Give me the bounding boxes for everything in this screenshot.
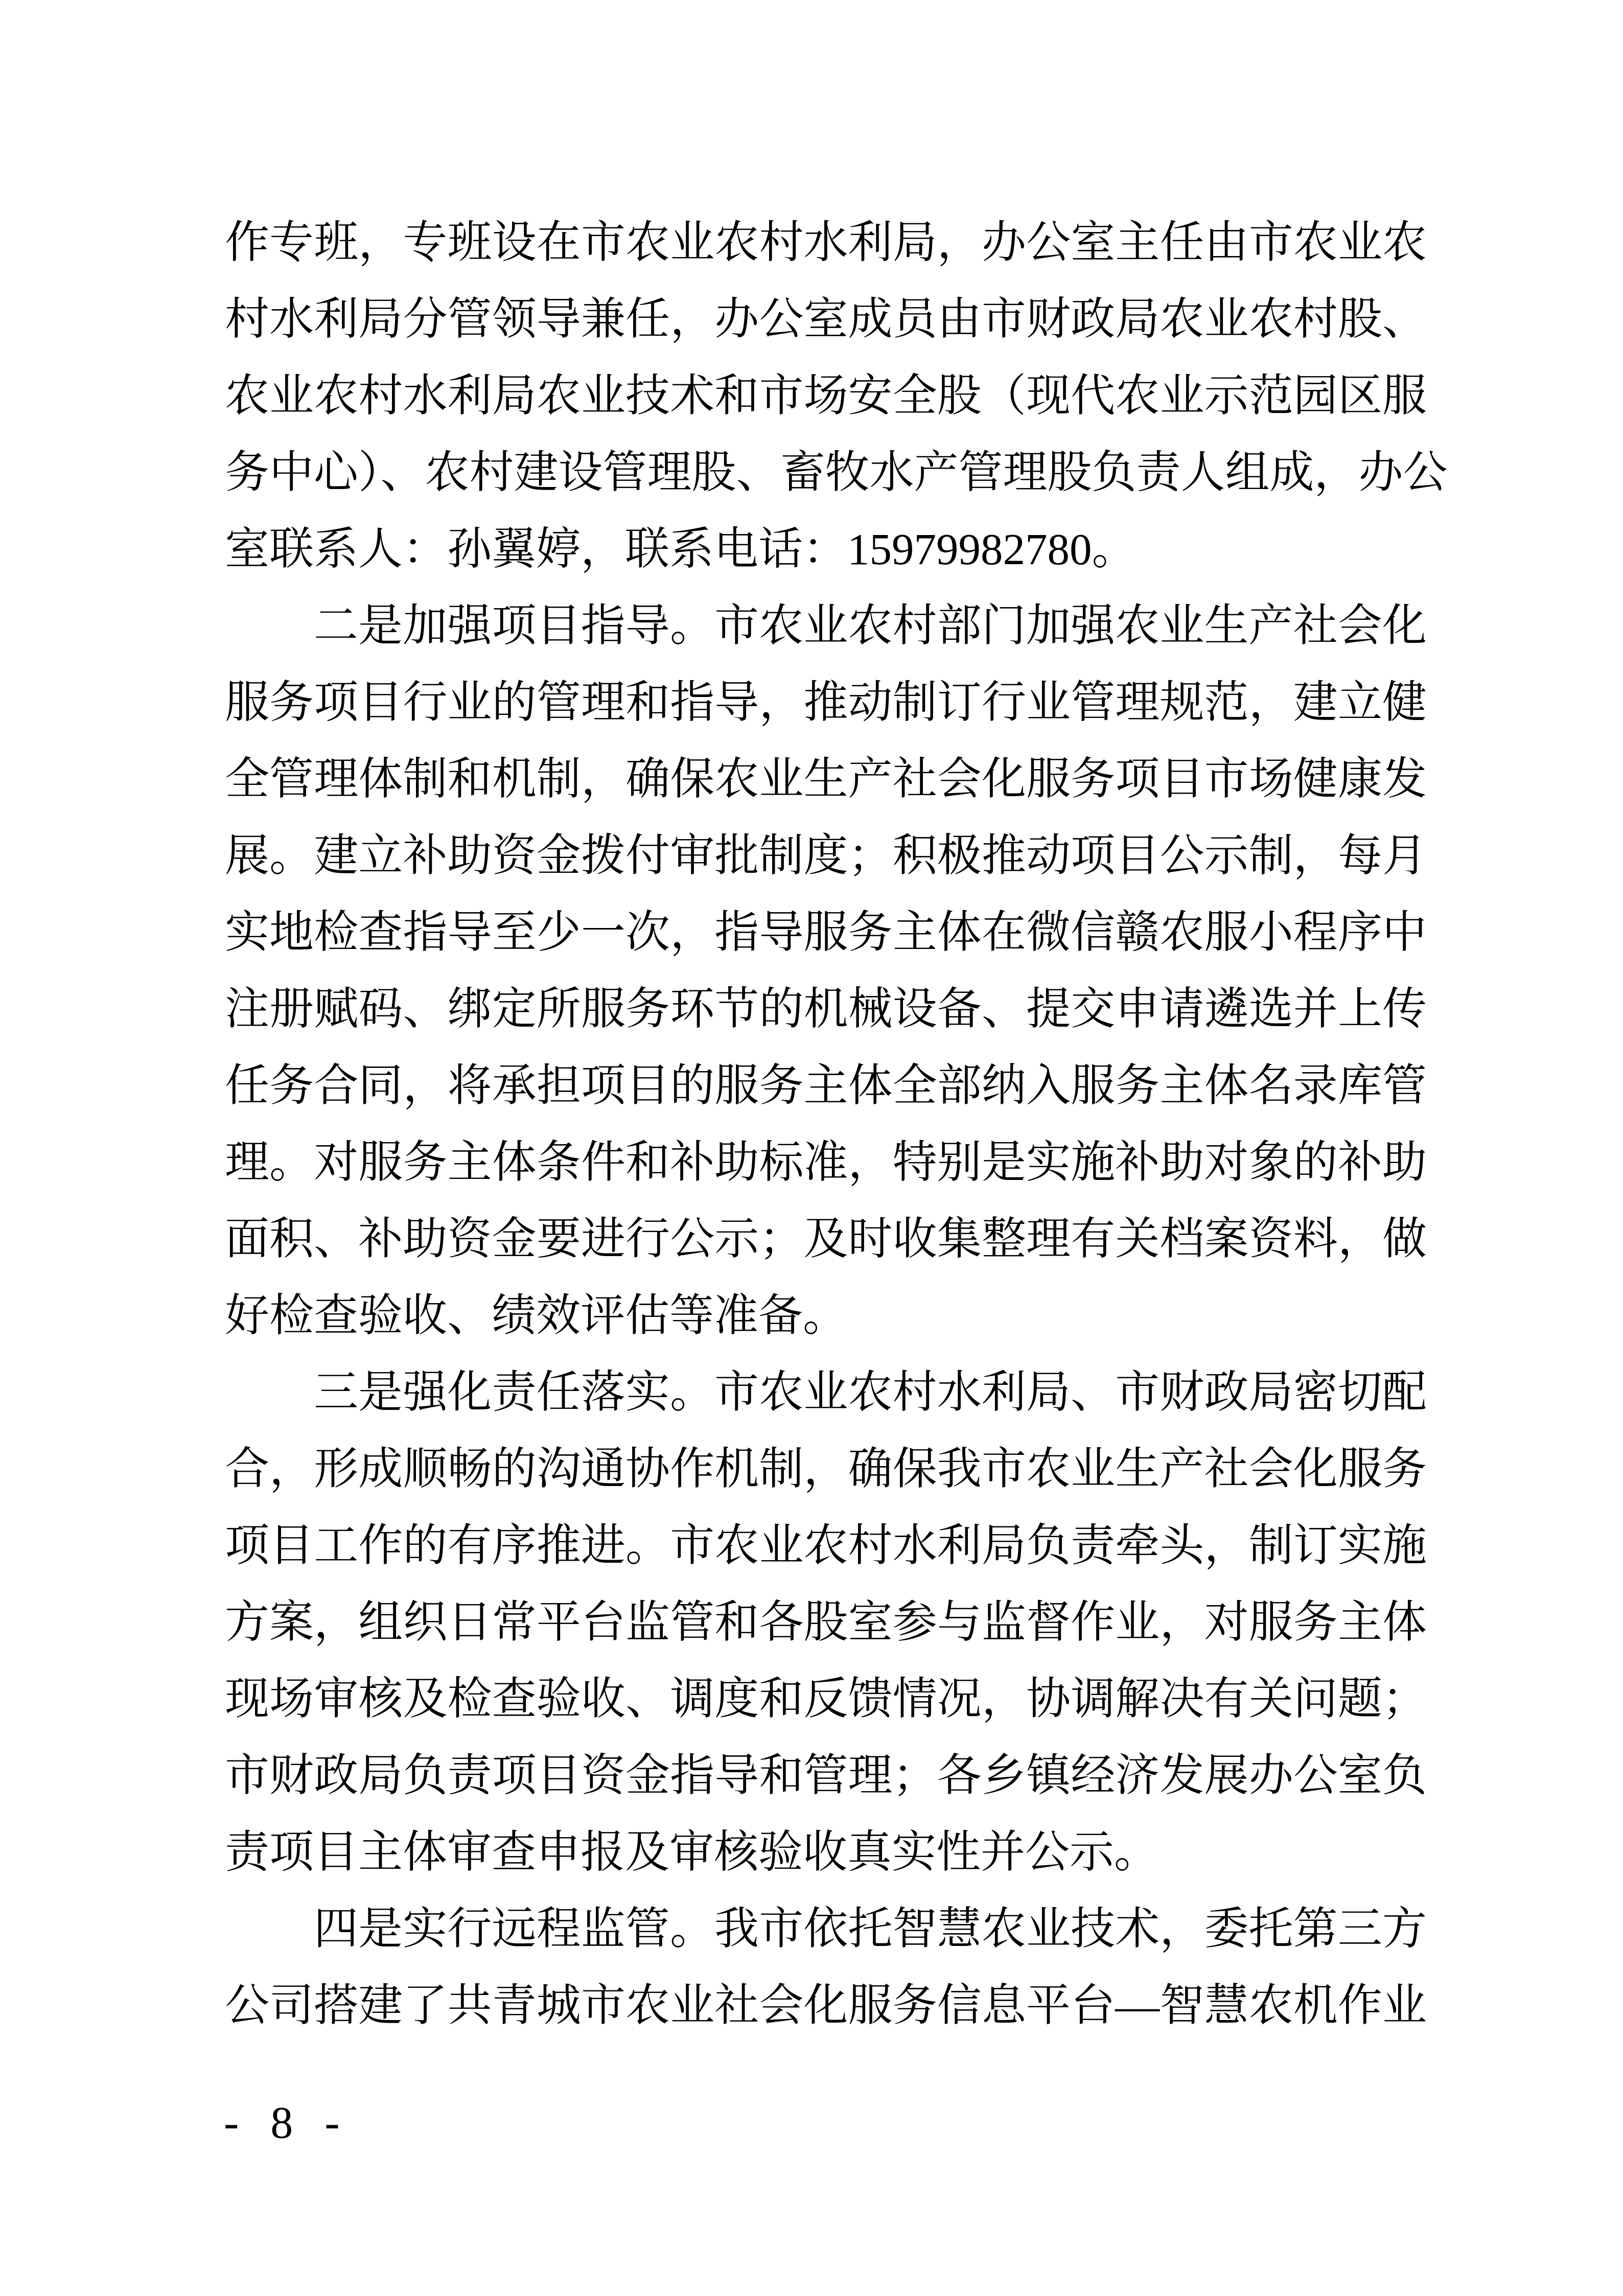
text-line: 现场审核及检查验收、调度和反馈情况，协调解决有关问题；: [225, 1661, 1427, 1737]
text-line: 室联系人：孙翼婷，联系电话：15979982780。: [225, 511, 1427, 588]
text-line: 村水利局分管领导兼任，办公室成员由市财政局农业农村股、: [225, 281, 1427, 358]
body-text: 作专班，专班设在市农业农村水利局，办公室主任由市农业农 村水利局分管领导兼任，办…: [225, 204, 1427, 2044]
paragraph: 三是强化责任落实。市农业农村水利局、市财政局密切配 合，形成顺畅的沟通协作机制，…: [225, 1354, 1427, 1891]
text-line: 任务合同，将承担项目的服务主体全部纳入服务主体名录库管: [225, 1048, 1427, 1124]
text-line: 项目工作的有序推进。市农业农村水利局负责牵头，制订实施: [225, 1508, 1427, 1584]
paragraph: 四是实行远程监管。我市依托智慧农业技术，委托第三方 公司搭建了共青城市农业社会化…: [225, 1891, 1427, 2044]
text-line: 方案，组织日常平台监管和各股室参与监督作业，对服务主体: [225, 1584, 1427, 1661]
page-number: - 8 -: [224, 2085, 350, 2162]
text-line: 务中心）、农村建设管理股、畜牧水产管理股负责人组成，办公: [225, 434, 1427, 511]
text-line: 理。对服务主体条件和补助标准，特别是实施补助对象的补助: [225, 1124, 1427, 1201]
paragraph: 作专班，专班设在市农业农村水利局，办公室主任由市农业农 村水利局分管领导兼任，办…: [225, 204, 1427, 588]
text-line: 注册赋码、绑定所服务环节的机械设备、提交申请遴选并上传: [225, 971, 1427, 1048]
text-line: 三是强化责任落实。市农业农村水利局、市财政局密切配: [225, 1354, 1427, 1431]
text-line: 四是实行远程监管。我市依托智慧农业技术，委托第三方: [225, 1891, 1427, 1967]
text-line: 服务项目行业的管理和指导，推动制订行业管理规范，建立健: [225, 664, 1427, 741]
paragraph: 二是加强项目指导。市农业农村部门加强农业生产社会化 服务项目行业的管理和指导，推…: [225, 588, 1427, 1354]
text-line: 农业农村水利局农业技术和市场安全股（现代农业示范园区服: [225, 358, 1427, 434]
text-line: 市财政局负责项目资金指导和管理；各乡镇经济发展办公室负: [225, 1737, 1427, 1814]
document-page: 作专班，专班设在市农业农村水利局，办公室主任由市农业农 村水利局分管领导兼任，办…: [0, 0, 1623, 2296]
text-line: 二是加强项目指导。市农业农村部门加强农业生产社会化: [225, 588, 1427, 664]
text-line: 面积、补助资金要进行公示；及时收集整理有关档案资料，做: [225, 1201, 1427, 1278]
text-line: 实地检查指导至少一次，指导服务主体在微信赣农服小程序中: [225, 894, 1427, 971]
text-line: 好检查验收、绩效评估等准备。: [225, 1278, 1427, 1354]
text-line: 作专班，专班设在市农业农村水利局，办公室主任由市农业农: [225, 204, 1427, 281]
text-line: 合，形成顺畅的沟通协作机制，确保我市农业生产社会化服务: [225, 1431, 1427, 1508]
text-line: 责项目主体审查申报及审核验收真实性并公示。: [225, 1814, 1427, 1891]
text-line: 展。建立补助资金拨付审批制度；积极推动项目公示制，每月: [225, 818, 1427, 894]
text-line: 全管理体制和机制，确保农业生产社会化服务项目市场健康发: [225, 741, 1427, 818]
text-line: 公司搭建了共青城市农业社会化服务信息平台—智慧农机作业: [225, 1967, 1427, 2044]
